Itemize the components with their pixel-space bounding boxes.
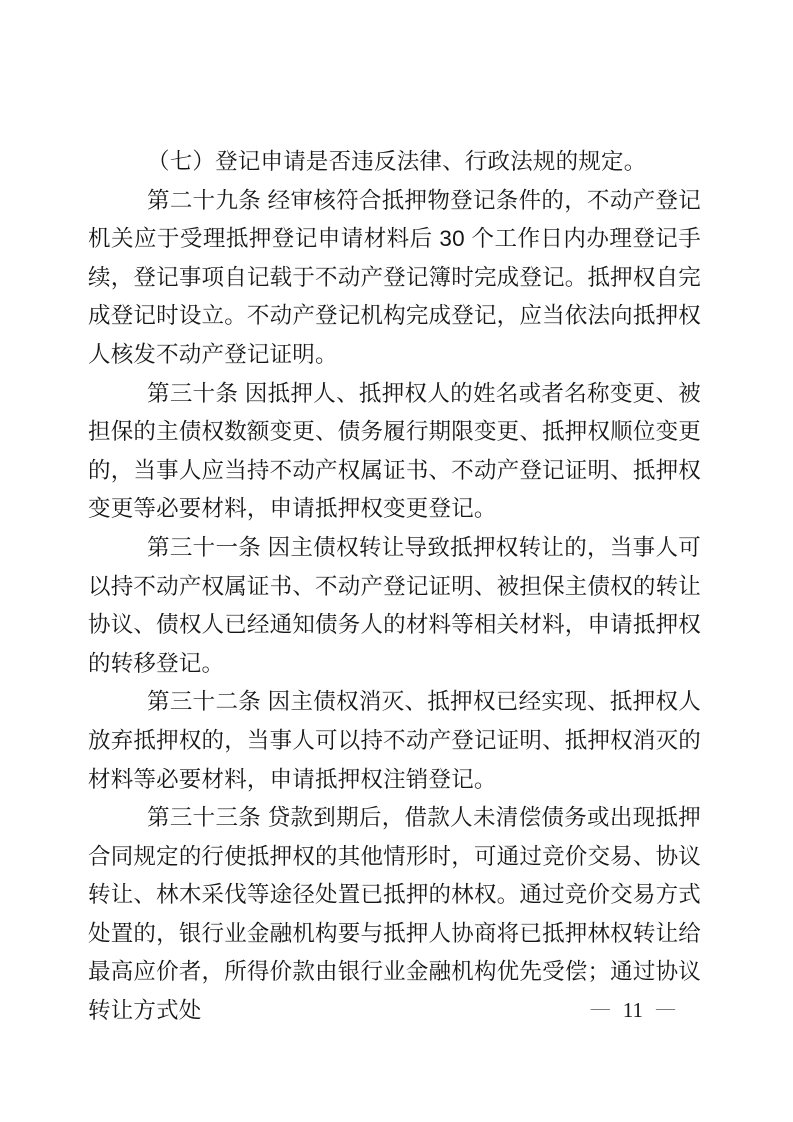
- document-page: （七）登记申请是否违反法律、行政法规的规定。 第二十九条 经审核符合抵押物登记条…: [0, 0, 793, 1122]
- paragraph-article-33: 第三十三条 贷款到期后，借款人未清偿债务或出现抵押合同规定的行使抵押权的其他情形…: [88, 799, 701, 1031]
- document-body: （七）登记申请是否违反法律、行政法规的规定。 第二十九条 经审核符合抵押物登记条…: [88, 143, 701, 1031]
- paragraph-item-7: （七）登记申请是否违反法律、行政法规的规定。: [88, 143, 701, 182]
- paragraph-article-32: 第三十二条 因主债权消灭、抵押权已经实现、抵押权人放弃抵押权的，当事人可以持不动…: [88, 683, 701, 799]
- page-number: 11: [623, 999, 643, 1021]
- footer-dash-left: —: [591, 998, 610, 1020]
- footer-dash-right: —: [656, 998, 675, 1020]
- paragraph-article-31: 第三十一条 因主债权转让导致抵押权转让的，当事人可以持不动产权属证书、不动产登记…: [88, 529, 701, 683]
- page-footer: — 11 —: [591, 999, 675, 1021]
- paragraph-article-30: 第三十条 因抵押人、抵押权人的姓名或者名称变更、被担保的主债权数额变更、债务履行…: [88, 375, 701, 529]
- paragraph-article-29: 第二十九条 经审核符合抵押物登记条件的，不动产登记机关应于受理抵押登记申请材料后…: [88, 182, 701, 375]
